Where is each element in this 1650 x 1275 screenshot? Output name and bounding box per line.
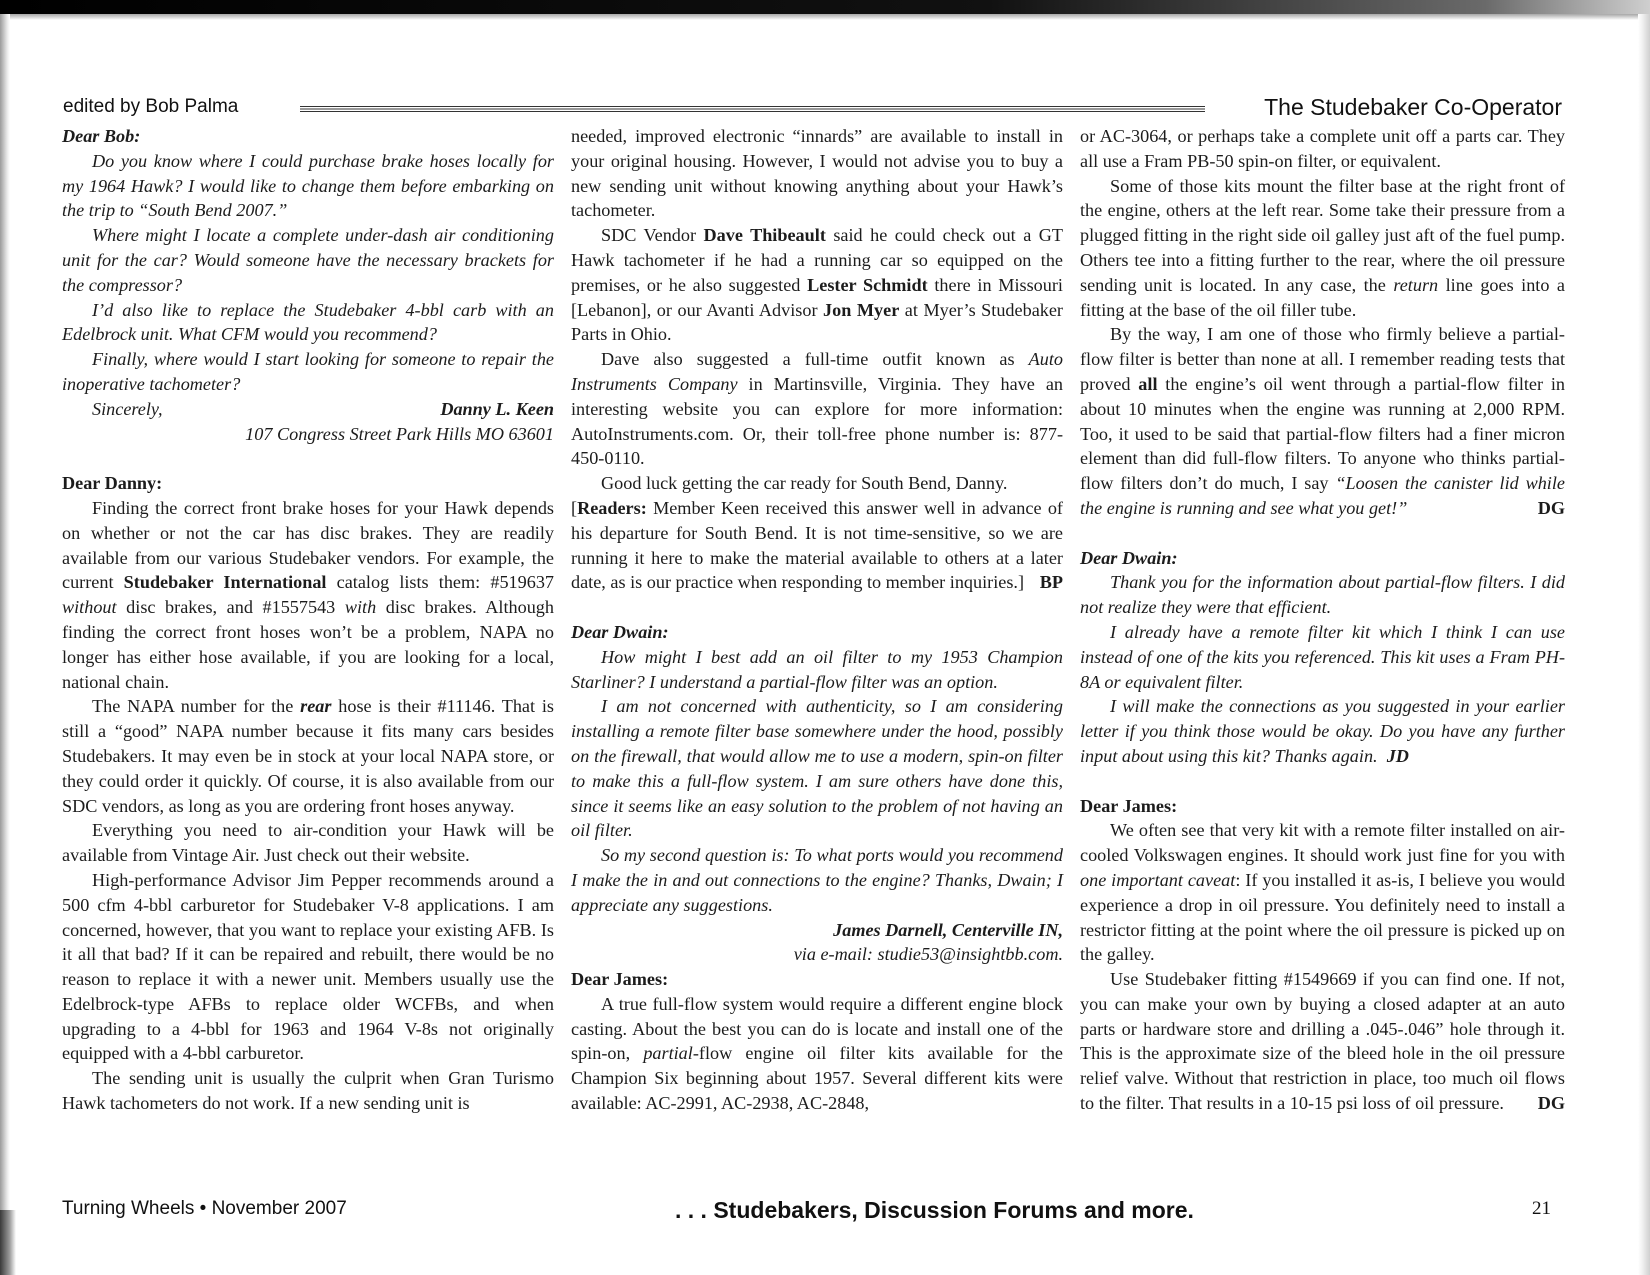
author-initials: BP [1040,570,1063,595]
emphasis: one important caveat [1080,870,1235,890]
letter3-paragraph: I already have a remote filter kit which… [1080,620,1565,694]
scan-edge-left-bottom [0,1210,16,1275]
letter1-closing: Sincerely, [92,397,163,422]
reply1-paragraph: Good luck getting the car ready for Sout… [571,471,1063,496]
emphasis: all [1138,374,1157,394]
vendor-name: Studebaker International [124,572,327,592]
reply2-paragraph: A true full-flow system would require a … [571,992,1063,1116]
emphasis: partial [643,1043,693,1063]
note-label: Readers: [577,498,647,518]
text: disc brakes, and #1557543 [117,597,345,617]
letter2-paragraph: I am not concerned with authenticity, so… [571,694,1063,843]
publication-name: Turning Wheels [62,1198,194,1219]
letter1-paragraph: Finally, where would I start looking for… [62,347,554,397]
spacer [62,446,554,471]
reply1-paragraph: SDC Vendor Dave Thibeault said he could … [571,223,1063,347]
header-column-title: The Studebaker Co-Operator [1264,94,1562,121]
reply1-paragraph-continued: needed, improved electronic “innards” ar… [571,124,1063,223]
author-initials: DG [1508,496,1565,521]
scan-edge-right [1638,14,1650,1275]
text: The NAPA number for the [92,696,300,716]
reply3-paragraph: Use Studebaker fitting #1549669 if you c… [1080,967,1565,1116]
text: SDC Vendor [601,225,704,245]
spacer [1080,521,1565,546]
scan-edge-left [0,14,10,1275]
reply2-paragraph-continued: or AC-3064, or perhaps take a complete u… [1080,124,1565,174]
scan-edge-top [0,0,1650,14]
letter1-signer: Danny L. Keen [440,397,554,422]
reply2-paragraph: Some of those kits mount the filter base… [1080,174,1565,323]
reply1-paragraph: Finding the correct front brake hoses fo… [62,496,554,694]
text: I will make the connections as you sugge… [1080,696,1565,766]
reply1-paragraph: The NAPA number for the rear hose is the… [62,694,554,818]
emphasis: rear [300,696,331,716]
bullet-separator: • [200,1198,207,1219]
spacer [1080,769,1565,794]
footer-publication: Turning Wheels • November 2007 [62,1198,347,1220]
column-3: or AC-3064, or perhaps take a complete u… [1080,124,1565,1116]
text: catalog lists them: #519637 [327,572,555,592]
reply1-paragraph: Everything you need to air-condition you… [62,818,554,868]
emphasis: return [1393,275,1438,295]
letter1-paragraph: Where might I locate a complete under-da… [62,223,554,297]
letter1-signature-row: Sincerely, Danny L. Keen [62,397,554,422]
scan-shadow-top [0,14,1650,20]
letter2-paragraph: So my second question is: To what ports … [571,843,1063,917]
editor-note: [Readers: Member Keen received this answ… [571,496,1063,595]
letter1-salutation: Dear Bob: [62,124,554,149]
issue-date: November 2007 [212,1198,347,1219]
letter1-paragraph: Do you know where I could purchase brake… [62,149,554,223]
letter3-salutation: Dear Dwain: [1080,546,1565,571]
emphasis: with [345,597,376,617]
page-number: 21 [1532,1198,1551,1220]
person-name: Jon Myer [823,300,899,320]
column-1: Dear Bob: Do you know where I could purc… [62,124,554,1116]
letter2-paragraph: How might I best add an oil filter to my… [571,645,1063,695]
header-editor-credit: edited by Bob Palma [63,96,238,118]
letter2-email: via e-mail: studie53@insightbb.com. [571,942,1063,967]
spacer [571,595,1063,620]
reply1-salutation: Dear Danny: [62,471,554,496]
text: Use Studebaker fitting #1549669 if you c… [1080,969,1565,1113]
column-2: needed, improved electronic “innards” ar… [571,124,1063,1116]
reply1-paragraph: The sending unit is usually the culprit … [62,1066,554,1116]
reply2-paragraph: By the way, I am one of those who firmly… [1080,322,1565,520]
letter3-paragraph: Thank you for the information about part… [1080,570,1565,620]
emphasis: without [62,597,117,617]
letter3-paragraph: I will make the connections as you sugge… [1080,694,1565,768]
letter2-salutation: Dear Dwain: [571,620,1063,645]
text: We often see that very kit with a remote… [1080,820,1565,865]
person-name: Dave Thibeault [704,225,826,245]
reply3-paragraph: We often see that very kit with a remote… [1080,818,1565,967]
footer-tagline: . . . Studebakers, Discussion Forums and… [675,1197,1194,1224]
reply2-salutation: Dear James: [571,967,1063,992]
author-initials: JD [1387,746,1409,766]
reply1-paragraph: High-performance Advisor Jim Pepper reco… [62,868,554,1066]
person-name: Lester Schmidt [807,275,928,295]
reply1-paragraph: Dave also suggested a full-time outfit k… [571,347,1063,471]
reply3-salutation: Dear James: [1080,794,1565,819]
letter1-address: 107 Congress Street Park Hills MO 63601 [62,422,554,447]
author-initials: DG [1508,1091,1565,1116]
text: Dave also suggested a full-time outfit k… [601,349,1029,369]
letter2-signer: James Darnell, Centerville IN, [571,918,1063,943]
header-rule [300,106,1205,112]
letter1-paragraph: I’d also like to replace the Studebaker … [62,298,554,348]
